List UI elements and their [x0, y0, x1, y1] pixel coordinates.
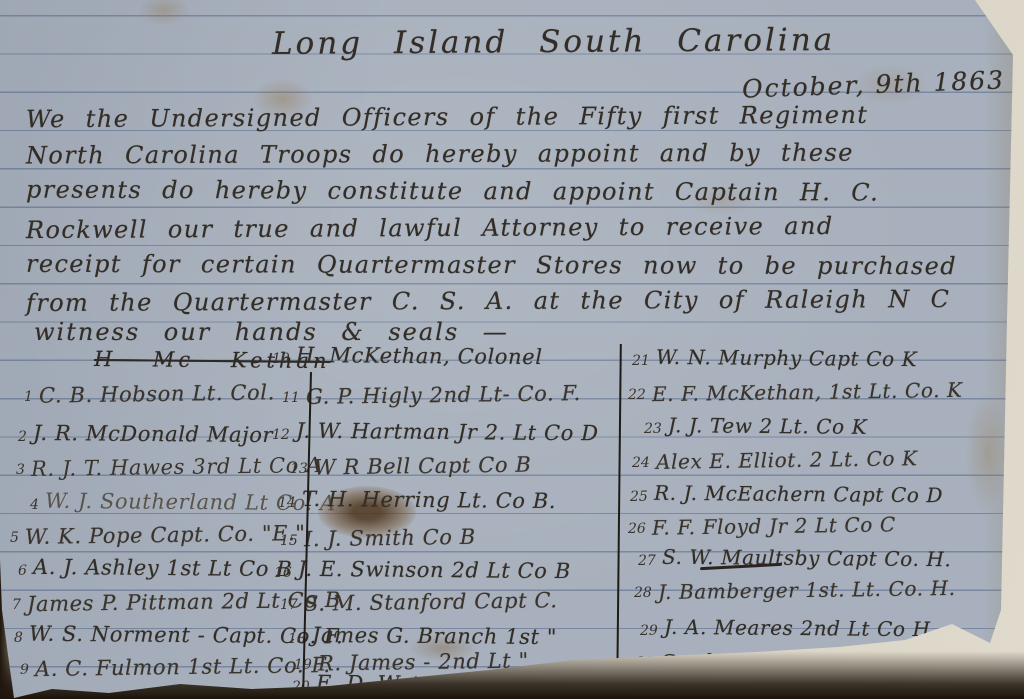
signature-text: I. J. Smith Co B: [304, 525, 476, 551]
column-divider-line: [616, 344, 622, 692]
signature-text: J. J. Tew 2 Lt. Co K: [668, 413, 867, 439]
signature-number: 9: [20, 662, 29, 678]
signature-row: 26 F. F. Floyd Jr 2 Lt Co C: [628, 514, 896, 538]
signature-number: 15: [280, 533, 298, 549]
signature-number: 24: [632, 455, 650, 471]
signature-row: 15 I. J. Smith Co B: [280, 526, 476, 550]
signature-text: J. A. Meares 2nd Lt Co H: [664, 615, 931, 641]
ink-stain: [138, 0, 190, 26]
signature-row: 28 J. Bamberger 1st. Lt. Co. H.: [634, 578, 955, 602]
signature-text: R. J. T. Hawes 3rd Lt Co A: [31, 453, 322, 481]
body-line: We the Undersigned Officers of the Fifty…: [26, 101, 868, 133]
signature-row: 10 H. McKethan, Colonel: [272, 344, 542, 368]
signature-text: J. E. Swinson 2d Lt Co B: [298, 557, 571, 583]
signature-number: 25: [630, 489, 648, 505]
signature-number: 23: [644, 421, 662, 437]
signature-row: 11 G. P. Higly 2nd Lt- Co. F.: [282, 383, 581, 407]
signature-row: 29 J. A. Meares 2nd Lt Co H: [640, 616, 930, 640]
signature-number: 1: [24, 389, 33, 405]
signature-row: 6 A. J. Ashley 1st Lt Co B: [18, 556, 292, 580]
signature-text: H. McKethan, Colonel: [296, 343, 543, 369]
signature-text: W. N. Murphy Capt Co K: [656, 345, 917, 371]
signature-row: 9 A. C. Fulmon 1st Lt. Co. F.: [20, 655, 331, 679]
signature-number: 6: [18, 563, 27, 579]
signature-number: 7: [12, 597, 21, 613]
signature-number: 2: [18, 429, 27, 445]
signature-row: 2 J. R. McDonald Major: [18, 422, 273, 446]
signature-row: 16 J. E. Swinson 2d Lt Co B: [274, 558, 571, 582]
signature-number: 10: [272, 351, 290, 367]
signature-text: W R Bell Capt Co B: [314, 452, 532, 479]
signature-row: 3 R. J. T. Hawes 3rd Lt Co A: [16, 455, 322, 479]
signature-number: 12: [272, 427, 290, 443]
signature-number: 3: [16, 462, 25, 478]
signature-row: 17 S. M. Stanford Capt C.: [280, 590, 557, 614]
signature-text: T. H. Herring Lt. Co B.: [302, 487, 556, 513]
signature-row: 13 W R Bell Capt Co B: [290, 454, 531, 478]
signature-row: 5 W. K. Pope Capt. Co. "E.": [10, 523, 306, 547]
body-line: Rockwell our true and lawful Attorney to…: [26, 212, 834, 244]
signature-text: J. W. Hartman Jr 2. Lt Co D: [296, 419, 599, 446]
signature-text: A. J. Ashley 1st Lt Co B: [33, 555, 293, 581]
signature-row: 1 C. B. Hobson Lt. Col.: [24, 382, 275, 406]
ink-stain: [966, 392, 1008, 512]
body-line: North Carolina Troops do hereby appoint …: [26, 139, 854, 170]
signature-number: 13: [290, 461, 308, 477]
signature-row: 24 Alex E. Elliot. 2 Lt. Co K: [632, 448, 917, 472]
signature-number: 14: [278, 495, 296, 511]
body-line: receipt for certain Quartermaster Stores…: [26, 250, 957, 280]
signature-row: 21 W. N. Murphy Capt Co K: [632, 346, 917, 370]
signature-text: A. C. Fulmon 1st Lt. Co. F.: [35, 653, 331, 681]
signature-text: F. F. Floyd Jr 2 Lt Co C: [652, 512, 896, 539]
signature-text: S. M. Stanford Capt C.: [304, 588, 558, 616]
letter-paper: Long Island South Carolina October, 9th …: [0, 0, 1024, 699]
signature-number: 5: [10, 530, 19, 546]
signature-row: 25 R. J. McEachern Capt Co D: [630, 482, 943, 506]
signature-text: James G. Branch 1st ": [312, 623, 557, 649]
signature-row: 14 T. H. Herring Lt. Co B.: [278, 488, 556, 512]
signature-row: 23 J. J. Tew 2 Lt. Co K: [644, 414, 867, 438]
signature-number: 11: [282, 390, 300, 406]
signature-text: J. Bamberger 1st. Lt. Co. H.: [658, 576, 956, 604]
signature-number: 16: [274, 565, 292, 581]
signature-number: 27: [638, 553, 656, 569]
signature-row: 22 E. F. McKethan, 1st Lt. Co. K: [628, 380, 962, 404]
signature-number: 4: [30, 497, 39, 513]
body-line: witness our hands & seals —: [34, 318, 509, 346]
signature-text: R. J. McEachern Capt Co D: [654, 481, 943, 508]
signature-text: G. P. Higly 2nd Lt- Co. F.: [306, 381, 581, 409]
signature-text: Alex E. Elliot. 2 Lt. Co K: [656, 446, 918, 474]
body-line: from the Quartermaster C. S. A. at the C…: [26, 285, 950, 317]
date-line: October, 9th 1863: [742, 65, 1006, 103]
signature-number: 17: [280, 597, 298, 613]
signature-text: J. R. McDonald Major: [33, 421, 273, 447]
signature-text: E. F. McKethan, 1st Lt. Co. K: [652, 378, 963, 406]
signature-number: 22: [628, 387, 646, 403]
signature-row: 27 S. W. Maultsby Capt Co. H.: [638, 546, 951, 570]
signature-number: 28: [634, 585, 652, 601]
body-line: presents do hereby constitute and appoin…: [26, 176, 879, 207]
signature-number: 8: [14, 630, 23, 646]
place-heading: Long Island South Carolina: [272, 22, 835, 62]
document-photo: Long Island South Carolina October, 9th …: [0, 0, 1024, 699]
signature-text: W. K. Pope Capt. Co. "E.": [25, 521, 306, 549]
signature-number: 21: [632, 353, 650, 369]
signature-row: 12 J. W. Hartman Jr 2. Lt Co D: [272, 420, 599, 444]
signature-row: 18 James G. Branch 1st ": [288, 624, 557, 648]
signature-number: 26: [628, 521, 646, 537]
signature-number: 29: [640, 623, 658, 639]
signature-text: C. B. Hobson Lt. Col.: [39, 380, 275, 407]
